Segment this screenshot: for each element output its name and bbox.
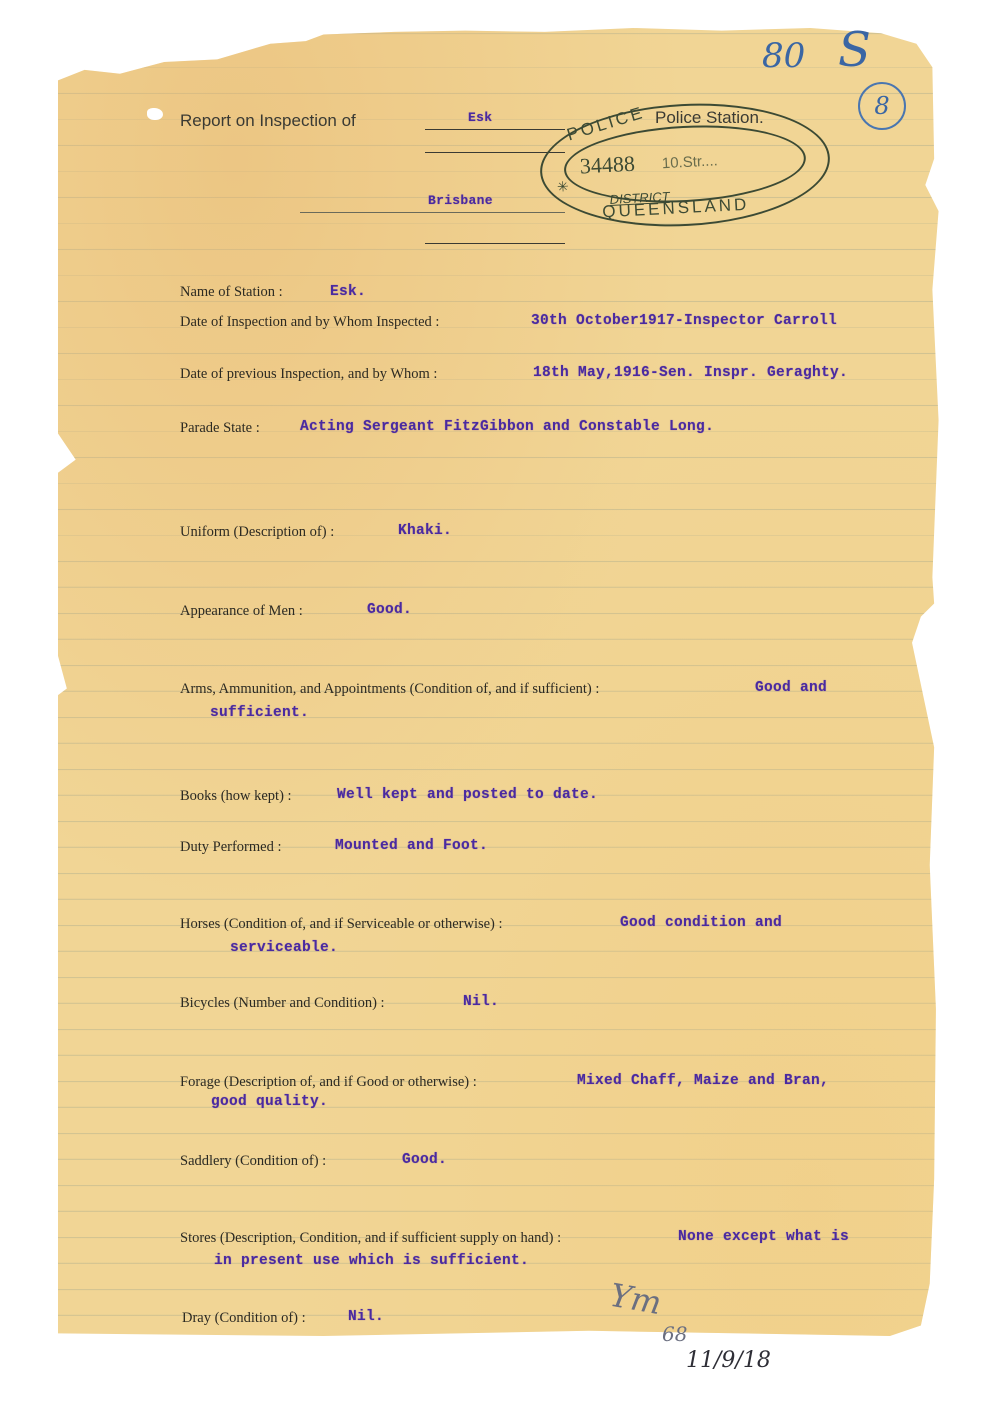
field-label: Arms, Ammunition, and Appointments (Cond… xyxy=(180,681,599,698)
field-label: Parade State : xyxy=(180,420,260,437)
stamp-date: 10.Str.... xyxy=(661,152,718,172)
field-label: Appearance of Men : xyxy=(180,603,303,620)
field-value: Mixed Chaff, Maize and Bran, xyxy=(577,1073,829,1089)
field-value: 18th May,1916-Sen. Inspr. Geraghty. xyxy=(533,365,848,381)
field-label: Forage (Description of, and if Good or o… xyxy=(180,1074,477,1091)
pencil-reference: 68 xyxy=(662,1322,687,1346)
field-value: None except what is xyxy=(678,1229,849,1245)
field-value-continued: good quality. xyxy=(211,1094,328,1110)
station-name-typed: Esk xyxy=(468,110,492,125)
handwritten-initial: S xyxy=(838,22,871,78)
circled-number: 8 xyxy=(858,82,906,130)
field-value: Good condition and xyxy=(620,915,782,931)
blank-line-4 xyxy=(425,243,565,244)
field-label: Bicycles (Number and Condition) : xyxy=(180,995,385,1012)
field-label: Stores (Description, Condition, and if s… xyxy=(180,1230,561,1247)
field-label: Name of Station : xyxy=(180,284,283,301)
report-title-prefix: Report on Inspection of xyxy=(180,111,356,131)
punch-hole xyxy=(147,108,163,120)
field-label: Date of Inspection and by Whom Inspected… xyxy=(180,314,439,331)
field-value-continued: in present use which is sufficient. xyxy=(214,1253,529,1269)
handwritten-folio-number: 80 xyxy=(762,36,805,76)
field-value: Well kept and posted to date. xyxy=(337,787,598,803)
field-label: Horses (Condition of, and if Serviceable… xyxy=(180,916,503,933)
field-value: Acting Sergeant FitzGibbon and Constable… xyxy=(300,419,714,435)
field-value: Khaki. xyxy=(398,523,452,539)
field-label: Books (how kept) : xyxy=(180,788,292,805)
field-value: 30th October1917-Inspector Carroll xyxy=(531,313,837,329)
field-value: Nil. xyxy=(348,1309,384,1325)
field-value: Nil. xyxy=(463,994,499,1010)
field-value: Good. xyxy=(367,602,412,618)
field-value: Good. xyxy=(402,1152,447,1168)
field-value: Mounted and Foot. xyxy=(335,838,488,854)
field-label: Dray (Condition of) : xyxy=(182,1310,306,1327)
field-value: Esk. xyxy=(330,284,366,300)
field-label: Date of previous Inspection, and by Whom… xyxy=(180,366,437,383)
field-value-continued: sufficient. xyxy=(210,705,309,721)
field-value: Good and xyxy=(755,680,827,696)
stamp-star-icon: ✳ xyxy=(557,178,570,196)
district-typed: Brisbane xyxy=(428,193,493,208)
blank-line-2 xyxy=(425,152,565,153)
field-label: Duty Performed : xyxy=(180,839,281,856)
field-value-continued: serviceable. xyxy=(230,940,338,956)
pencil-date: 11/9/18 xyxy=(686,1348,771,1373)
stamp-number: 34488 xyxy=(579,151,635,180)
district-blank-line xyxy=(300,212,565,213)
station-blank-line xyxy=(425,129,565,130)
field-label: Saddlery (Condition of) : xyxy=(180,1153,326,1170)
field-label: Uniform (Description of) : xyxy=(180,524,334,541)
